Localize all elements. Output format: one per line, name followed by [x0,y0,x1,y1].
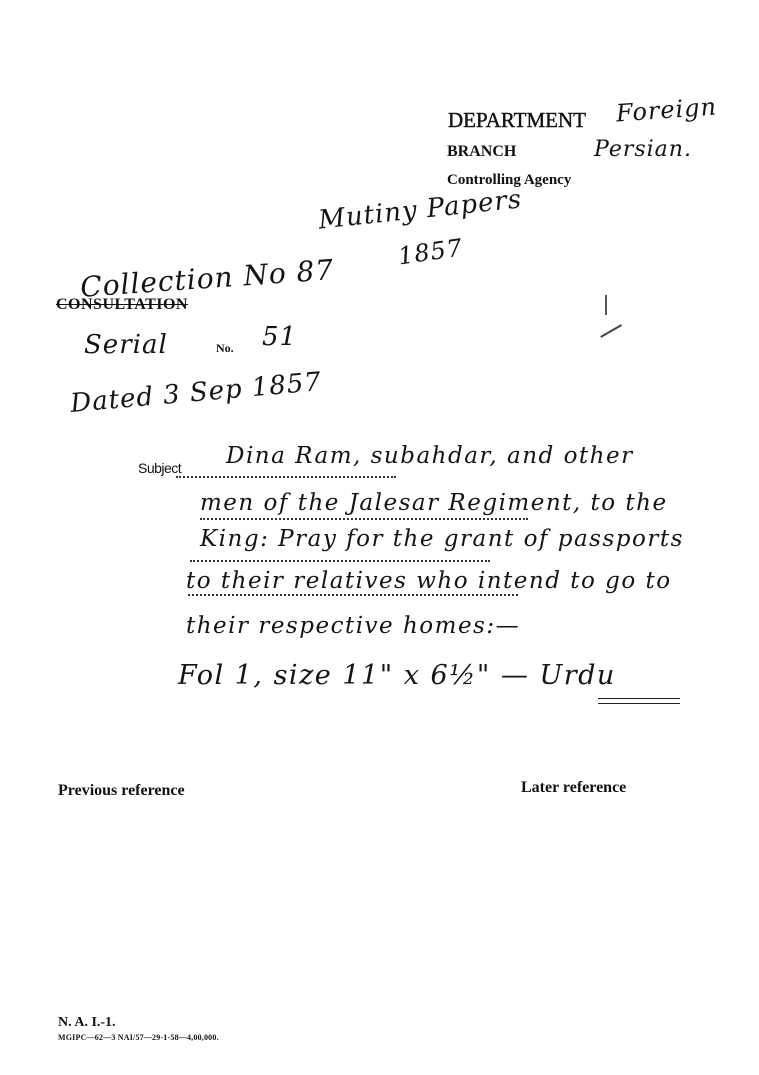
pencil-mark [600,324,622,337]
subject-line-4: to their relatives who intend to go to [186,568,672,594]
later-reference-label: Later reference [521,779,626,797]
consultation-label: CONSULTATION [56,296,188,314]
mutiny-papers-annotation: Mutiny Papers [317,184,523,235]
form-id: N. A. I.-1. [58,1015,116,1031]
subject-label: Subject [138,460,181,476]
subject-dotted-rule [176,476,396,478]
printer-imprint: MGIPC—62—3 NAI/57—29-1-58—4,00,000. [58,1033,219,1042]
mutiny-year-annotation: 1857 [396,234,464,271]
subject-line-3: King: Pray for the grant of passports [200,526,684,552]
dated-entry: Dated 3 Sep 1857 [69,367,323,419]
subject-dotted-rule [188,594,518,596]
subject-line-1: Dina Ram, subahdar, and other [226,443,634,469]
subject-line-5: their respective homes:— [186,613,520,639]
language: Urdu [539,660,615,691]
subject-dotted-rule [190,560,490,562]
pencil-mark [605,295,607,315]
language-double-underline [598,698,680,704]
department-label: DEPARTMENT [448,108,586,133]
subject-dotted-rule [200,518,528,520]
branch-value: Persian. [594,137,692,162]
subject-line-2: men of the Jalesar Regiment, to the [200,490,668,516]
branch-label: BRANCH [447,143,516,161]
folio-size-line: Fol 1, size 11" x 6½" — Urdu [178,660,616,691]
folio-size: Fol 1, size 11" x 6½" — [178,660,539,691]
serial-no-label: No. [216,341,234,356]
department-value: Foreign [615,93,718,128]
previous-reference-label: Previous reference [58,782,185,800]
archive-record-sheet: DEPARTMENT Foreign BRANCH Persian. Contr… [0,0,759,1075]
serial-handwritten-label: Serial [84,330,168,360]
serial-number: 51 [262,322,297,352]
